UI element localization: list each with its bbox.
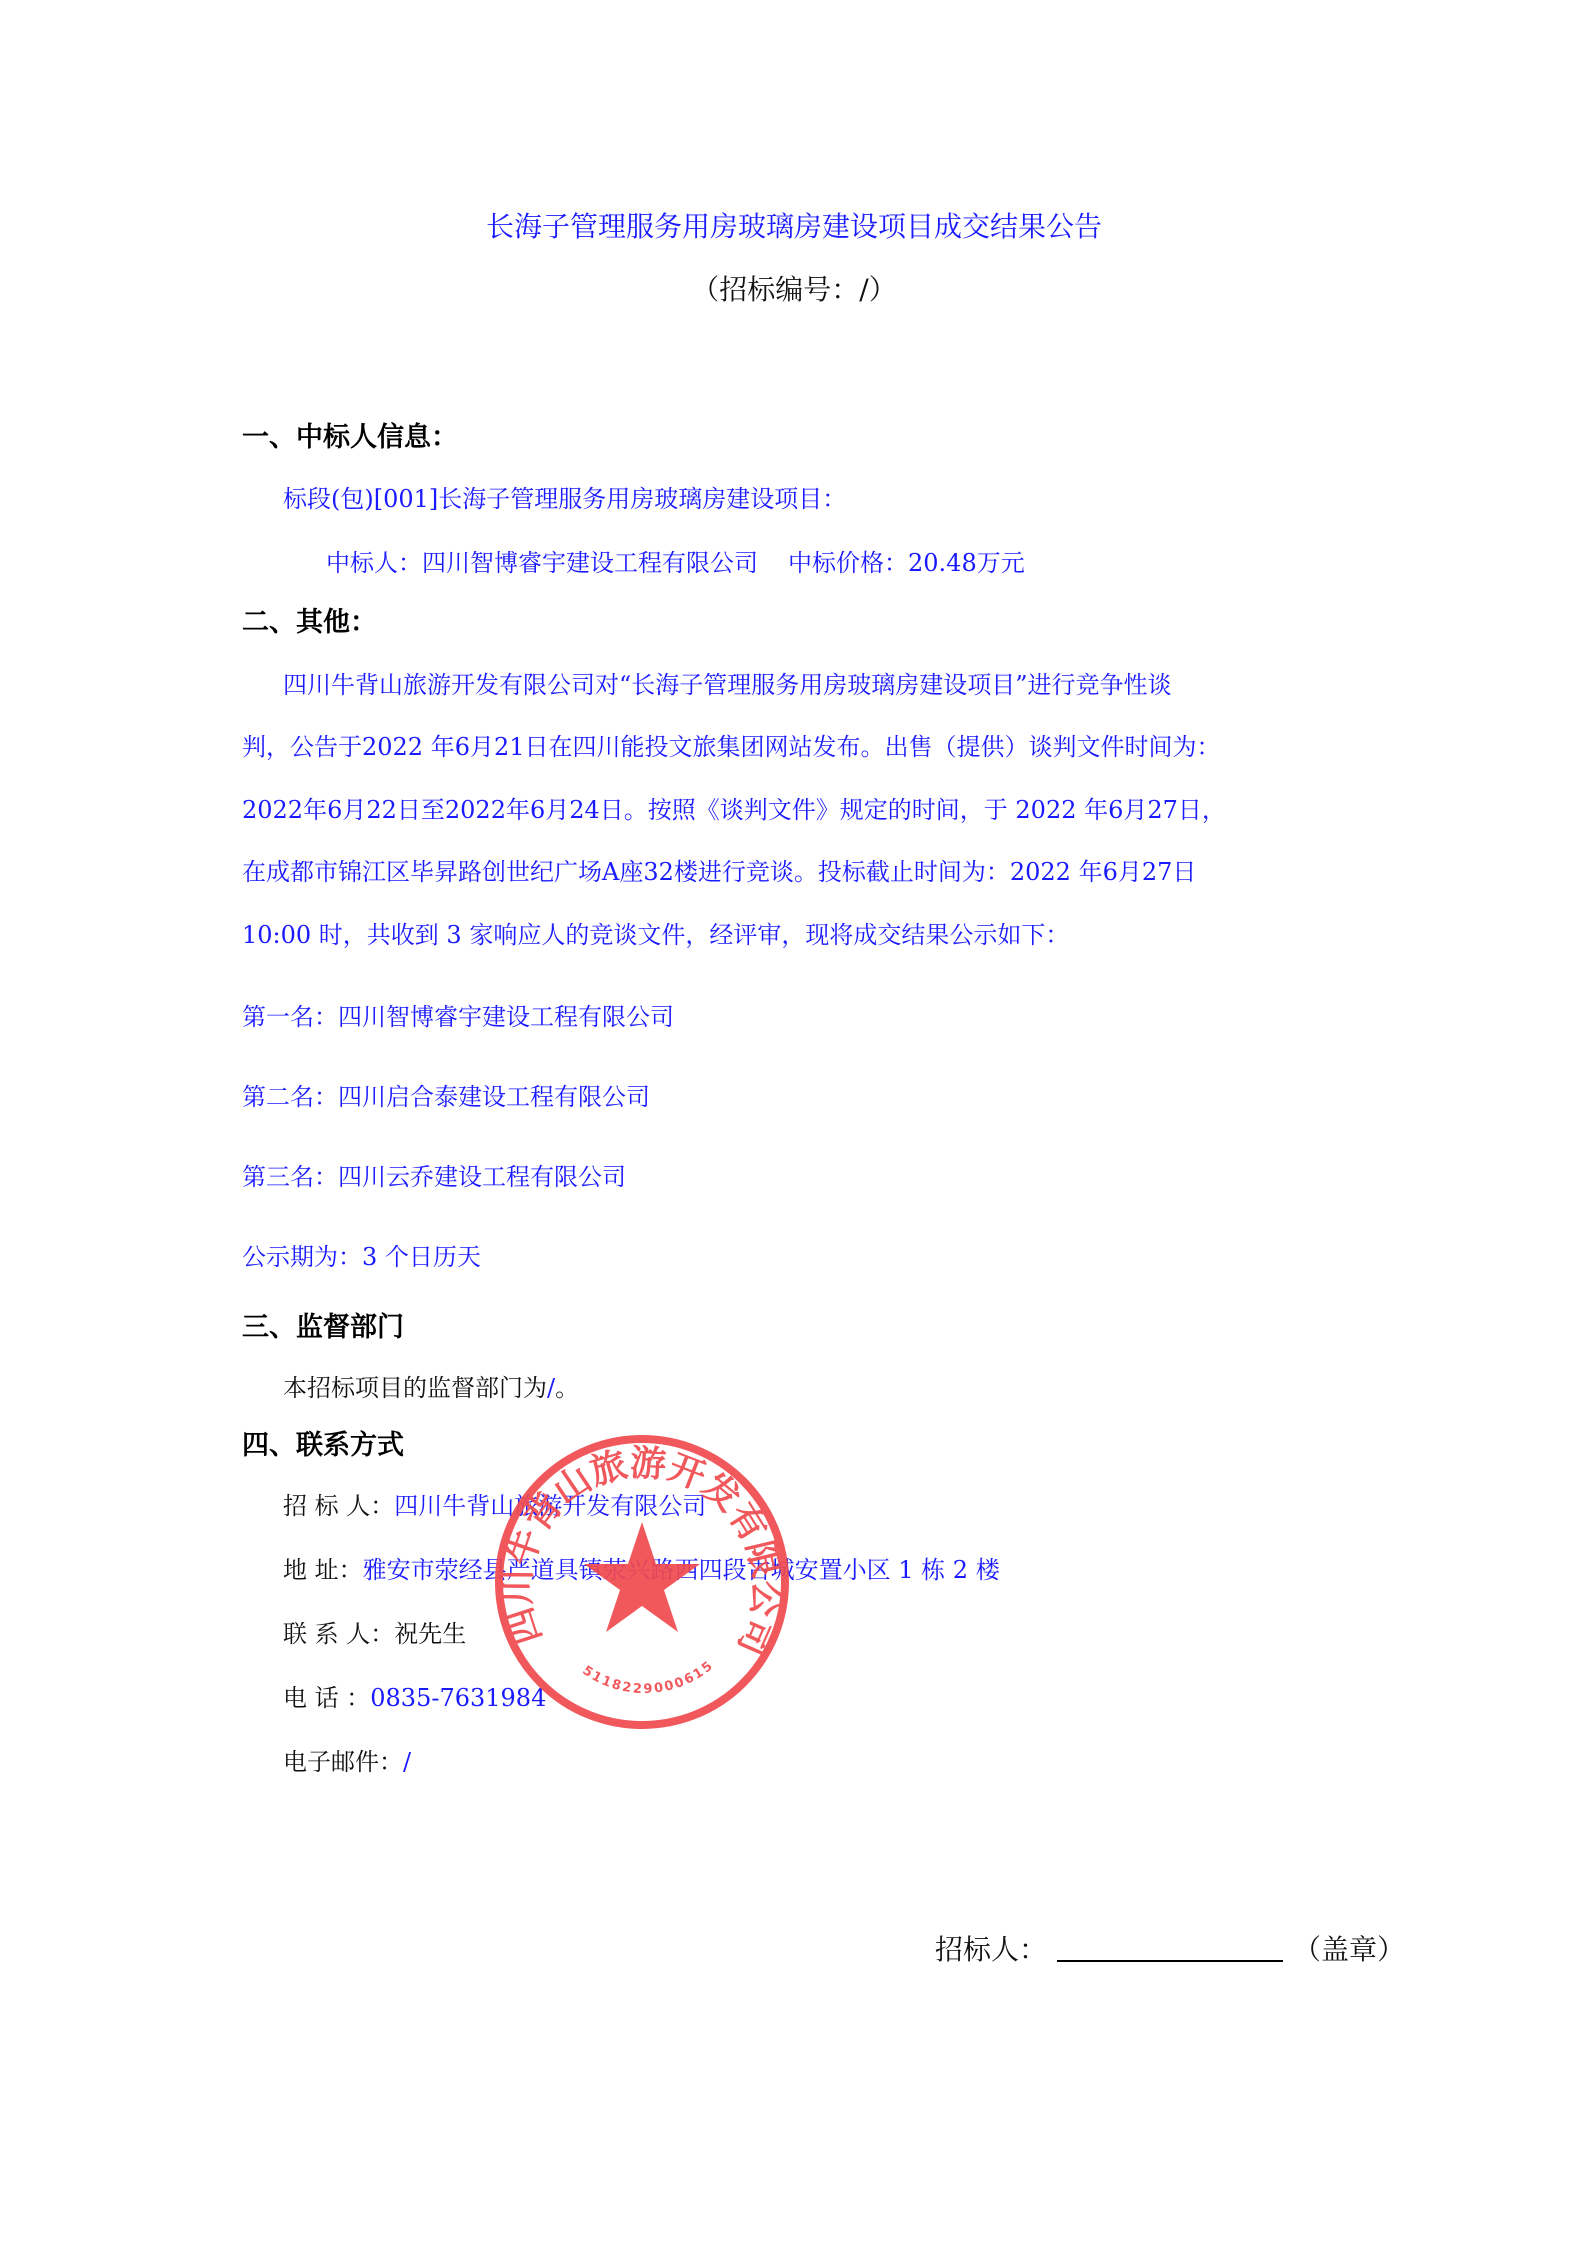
tender-number: （招标编号：/）	[0, 268, 1588, 308]
contact-value: 四川牛背山旅游开发有限公司	[394, 1492, 706, 1520]
contact-value: 雅安市荥经县严道具镇荥兴路西四段古城安置小区 1 栋 2 楼	[363, 1556, 1000, 1584]
ranking-label: 第一名：	[242, 1003, 338, 1031]
supervision-text: 本招标项目的监督部门为/。	[283, 1368, 579, 1403]
winner-label: 中标人：	[326, 549, 422, 577]
paragraph-line: 2022年6月22日至2022年6月24日。按照《谈判文件》规定的时间，于 20…	[242, 790, 1226, 825]
document-title: 长海子管理服务用房玻璃房建设项目成交结果公告	[0, 205, 1588, 245]
paragraph-line: 判，公告于2022 年6月21日在四川能投文旅集团网站发布。出售（提供）谈判文件…	[242, 727, 1221, 762]
contact-label: 电 话 ：	[283, 1684, 370, 1712]
section-heading-other: 二、其他：	[242, 600, 377, 639]
contact-item-tenderer: 招 标 人：四川牛背山旅游开发有限公司	[283, 1486, 706, 1521]
section-heading-contact: 四、联系方式	[242, 1423, 404, 1462]
winner-line: 中标人：四川智博睿宇建设工程有限公司中标价格：20.48万元	[326, 543, 1025, 578]
ranking-item: 第三名：四川云乔建设工程有限公司	[242, 1157, 626, 1192]
contact-value: 0835-7631984	[370, 1684, 546, 1712]
supervision-prefix: 本招标项目的监督部门为	[283, 1374, 547, 1402]
contact-value: 祝先生	[394, 1620, 466, 1648]
price-label: 中标价格：	[788, 549, 908, 577]
lot-line: 标段(包)[001]长海子管理服务用房玻璃房建设项目：	[283, 479, 846, 514]
ranking-item: 第二名：四川启合泰建设工程有限公司	[242, 1077, 650, 1112]
signature-label: 招标人：	[935, 1933, 1047, 1966]
notice-period: 公示期为：3 个日历天	[242, 1237, 481, 1272]
contact-item-phone: 电 话 ：0835-7631984	[283, 1678, 546, 1713]
contact-label: 地 址：	[283, 1556, 363, 1584]
ranking-label: 第三名：	[242, 1163, 338, 1191]
signature-block: 招标人：（盖章）	[935, 1928, 1405, 1968]
supervision-suffix: 。	[555, 1374, 579, 1402]
contact-item-email: 电子邮件：/	[283, 1742, 411, 1777]
ranking-company: 四川启合泰建设工程有限公司	[338, 1083, 650, 1111]
contact-label: 招 标 人：	[283, 1492, 394, 1520]
ranking-item: 第一名：四川智博睿宇建设工程有限公司	[242, 997, 674, 1032]
ranking-company: 四川云乔建设工程有限公司	[338, 1163, 626, 1191]
svg-text:5118229000615: 5118229000615	[579, 1658, 717, 1697]
contact-value: /	[403, 1748, 411, 1776]
section-heading-winner-info: 一、中标人信息：	[242, 415, 458, 454]
contact-item-address: 地 址：雅安市荥经县严道具镇荥兴路西四段古城安置小区 1 栋 2 楼	[283, 1550, 1000, 1585]
price-value: 20.48万元	[908, 549, 1025, 577]
ranking-company: 四川智博睿宇建设工程有限公司	[338, 1003, 674, 1031]
signature-line	[1057, 1959, 1283, 1962]
paragraph-line: 10:00 时，共收到 3 家响应人的竞谈文件，经评审，现将成交结果公示如下：	[242, 915, 1069, 950]
contact-label: 电子邮件：	[283, 1748, 403, 1776]
seal-note: （盖章）	[1293, 1933, 1405, 1966]
contact-label: 联 系 人：	[283, 1620, 394, 1648]
paragraph-line: 在成都市锦江区毕昇路创世纪广场A座32楼进行竞谈。投标截止时间为：2022 年6…	[242, 852, 1196, 887]
winner-value: 四川智博睿宇建设工程有限公司	[422, 549, 758, 577]
ranking-label: 第二名：	[242, 1083, 338, 1111]
contact-item-person: 联 系 人：祝先生	[283, 1614, 466, 1649]
section-heading-supervision: 三、监督部门	[242, 1305, 404, 1344]
paragraph-line: 四川牛背山旅游开发有限公司对“长海子管理服务用房玻璃房建设项目”进行竞争性谈	[283, 665, 1172, 700]
supervision-value: /	[547, 1374, 555, 1402]
